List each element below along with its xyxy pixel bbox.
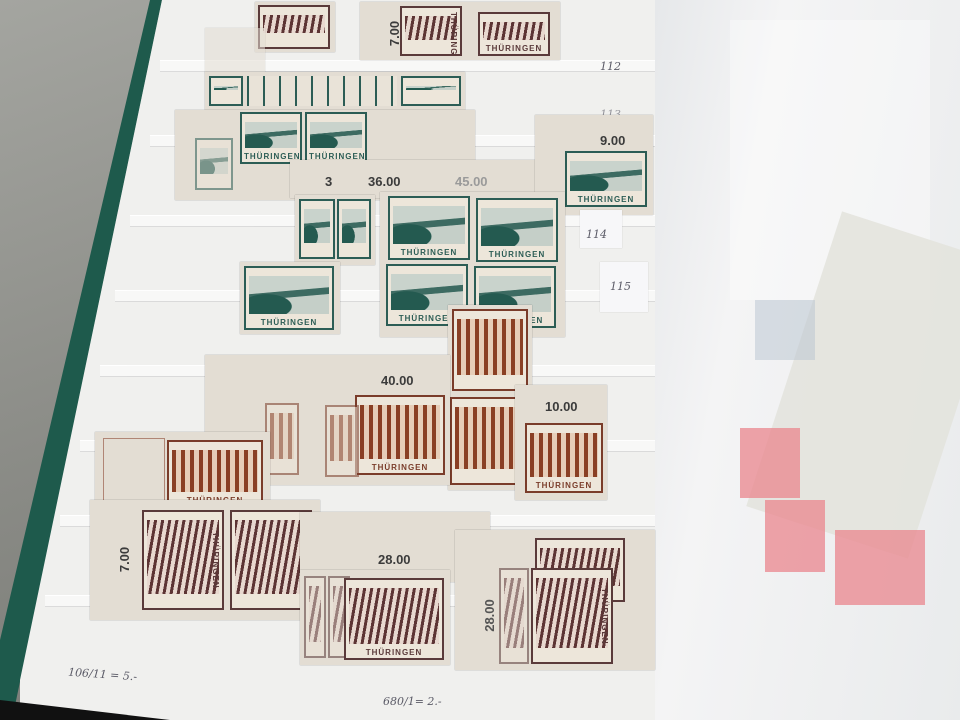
stamp-sheet[interactable]: THÜRINGEN (240, 262, 340, 334)
empty-margin-frame (103, 438, 165, 502)
stamp[interactable]: THÜRINGEN (476, 198, 558, 262)
stamp[interactable] (304, 576, 326, 658)
blue-stamp-ghost (755, 300, 815, 360)
stamp-strip[interactable]: THÜRINGEN (300, 570, 450, 665)
margin-price: 7.00 (117, 547, 132, 572)
stamp[interactable] (401, 76, 461, 106)
handwritten-catalog-number: 114 (586, 228, 607, 241)
margin-price: 36.00 (368, 174, 401, 189)
stamp-margin-block[interactable]: 10.00 THÜRINGEN (515, 385, 607, 500)
stamp[interactable] (209, 76, 243, 106)
handwritten-price-note: 680/1= 2.- (383, 695, 442, 708)
stamp[interactable] (499, 568, 529, 664)
stamp[interactable]: THÜRINGEN (400, 6, 462, 56)
stamp[interactable]: THÜRINGEN (167, 440, 263, 508)
margin-price: 28.00 (482, 599, 497, 632)
stamp-strip[interactable] (205, 72, 465, 110)
handwritten-catalog-number: 115 (610, 280, 631, 293)
stamp-strip-pairs[interactable] (247, 76, 397, 106)
handwritten-catalog-number: 112 (600, 60, 621, 73)
stamp[interactable] (299, 199, 335, 259)
red-stamp[interactable] (835, 530, 925, 605)
catalog-note-card: 114 (580, 210, 622, 248)
stamp[interactable] (265, 403, 299, 475)
stamp[interactable] (337, 199, 371, 259)
red-stamp[interactable] (765, 500, 825, 572)
stamp-margin-block[interactable]: 28.00 THÜRINGEN (455, 530, 655, 670)
stamp-sheet[interactable] (255, 2, 335, 52)
stamp[interactable] (195, 138, 233, 190)
stamp[interactable]: THÜRINGEN (355, 395, 445, 475)
stamp[interactable]: THÜRINGEN (305, 112, 367, 164)
margin-price: 10.00 (545, 399, 578, 414)
stamp[interactable]: THÜRINGEN (565, 151, 647, 207)
stamp[interactable]: THÜRINGEN (142, 510, 224, 610)
stamp[interactable]: THÜRINGEN (244, 266, 334, 330)
margin-price: 3 (325, 174, 332, 189)
stamp[interactable]: THÜRINGEN (478, 12, 550, 56)
stamp-margin-block[interactable]: 7.00 THÜRINGEN THÜRINGEN (90, 500, 320, 620)
margin-price: 28.00 (378, 552, 411, 567)
stamp-pair[interactable] (295, 195, 375, 265)
stamp-sheet[interactable] (205, 28, 265, 73)
red-stamp[interactable] (740, 428, 800, 498)
margin-price: 45.00 (455, 174, 488, 189)
catalog-note-card: 115 (600, 262, 648, 312)
stamp-sheet-margin-block[interactable]: 7.00 THÜRINGEN THÜRINGEN (360, 2, 560, 60)
stamp[interactable] (452, 309, 528, 391)
stamp[interactable]: THÜRINGEN (240, 112, 302, 164)
stamp[interactable] (258, 5, 330, 49)
stamp[interactable]: THÜRINGEN (388, 196, 470, 260)
margin-price: 40.00 (381, 373, 414, 388)
margin-price: 9.00 (600, 133, 625, 148)
stamp[interactable]: THÜRINGEN (525, 423, 603, 493)
stamp[interactable] (325, 405, 359, 477)
stamp[interactable]: THÜRINGEN (344, 578, 444, 660)
stamp[interactable]: THÜRINGEN (531, 568, 613, 664)
